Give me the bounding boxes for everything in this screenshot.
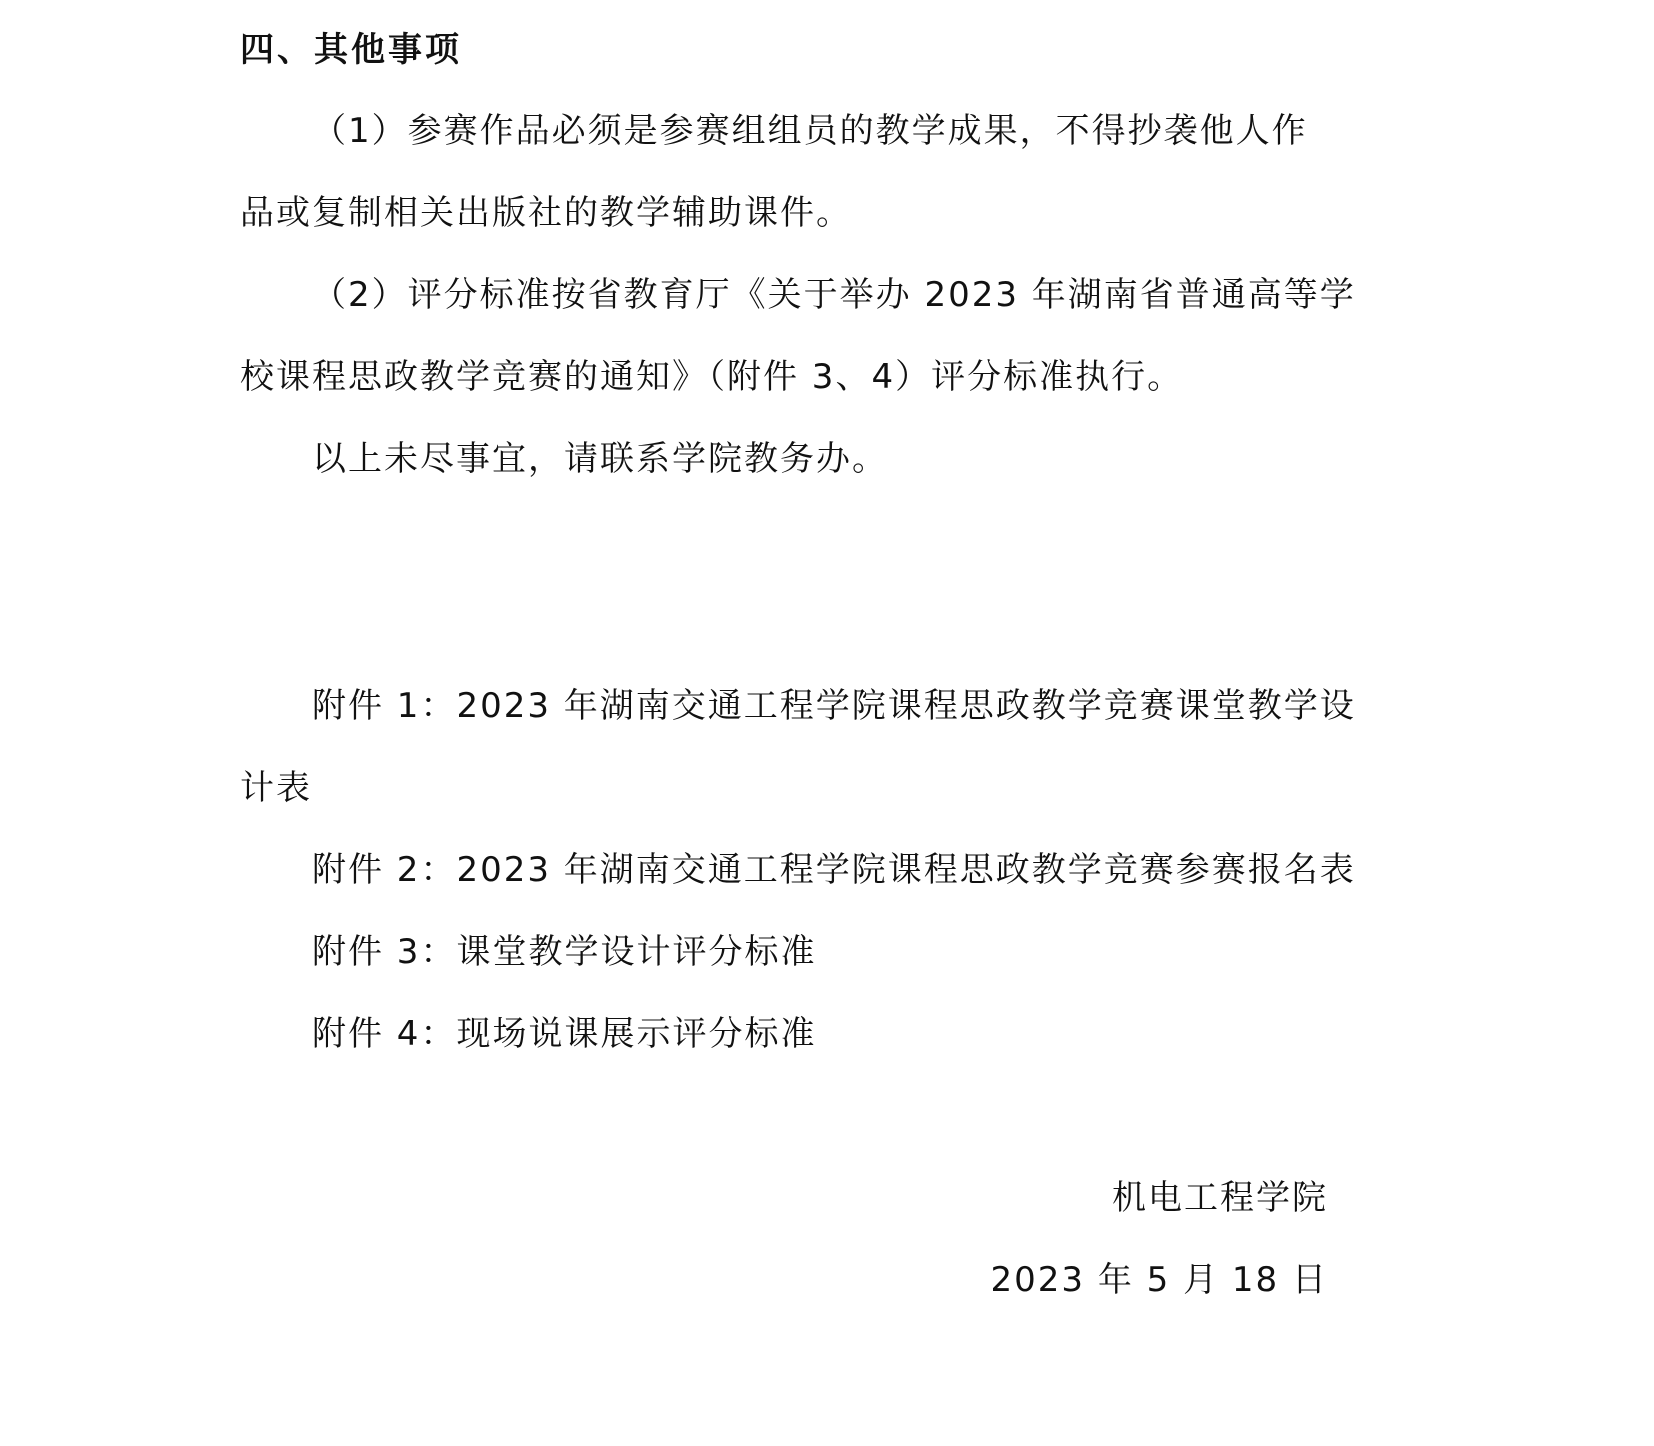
signature-date: 2023 年 5 月 18 日 [991, 1260, 1328, 1300]
attachment-2: 附件 2：2023 年湖南交通工程学院课程思政教学竞赛参赛报名表 [312, 850, 1356, 890]
signature-organization: 机电工程学院 [1112, 1178, 1328, 1218]
attachment-1-line-2: 计表 [240, 768, 312, 808]
section-heading: 四、其他事项 [240, 30, 462, 70]
item-1-line-2: 品或复制相关出版社的教学辅助课件。 [240, 193, 852, 233]
item-2-line-2: 校课程思政教学竞赛的通知》（附件 3、4）评分标准执行。 [240, 357, 1183, 397]
attachment-4: 附件 4：现场说课展示评分标准 [312, 1014, 816, 1054]
item-1-line-1: （1）参赛作品必须是参赛组组员的教学成果，不得抄袭他人作 [312, 111, 1308, 151]
attachment-3: 附件 3：课堂教学设计评分标准 [312, 932, 816, 972]
closing-note: 以上未尽事宜，请联系学院教务办。 [312, 439, 888, 479]
document-page: 四、其他事项 （1）参赛作品必须是参赛组组员的教学成果，不得抄袭他人作 品或复制… [240, 0, 1330, 1446]
item-2-line-1: （2）评分标准按省教育厅《关于举办 2023 年湖南省普通高等学 [312, 275, 1356, 315]
attachment-1-line-1: 附件 1：2023 年湖南交通工程学院课程思政教学竞赛课堂教学设 [312, 686, 1356, 726]
